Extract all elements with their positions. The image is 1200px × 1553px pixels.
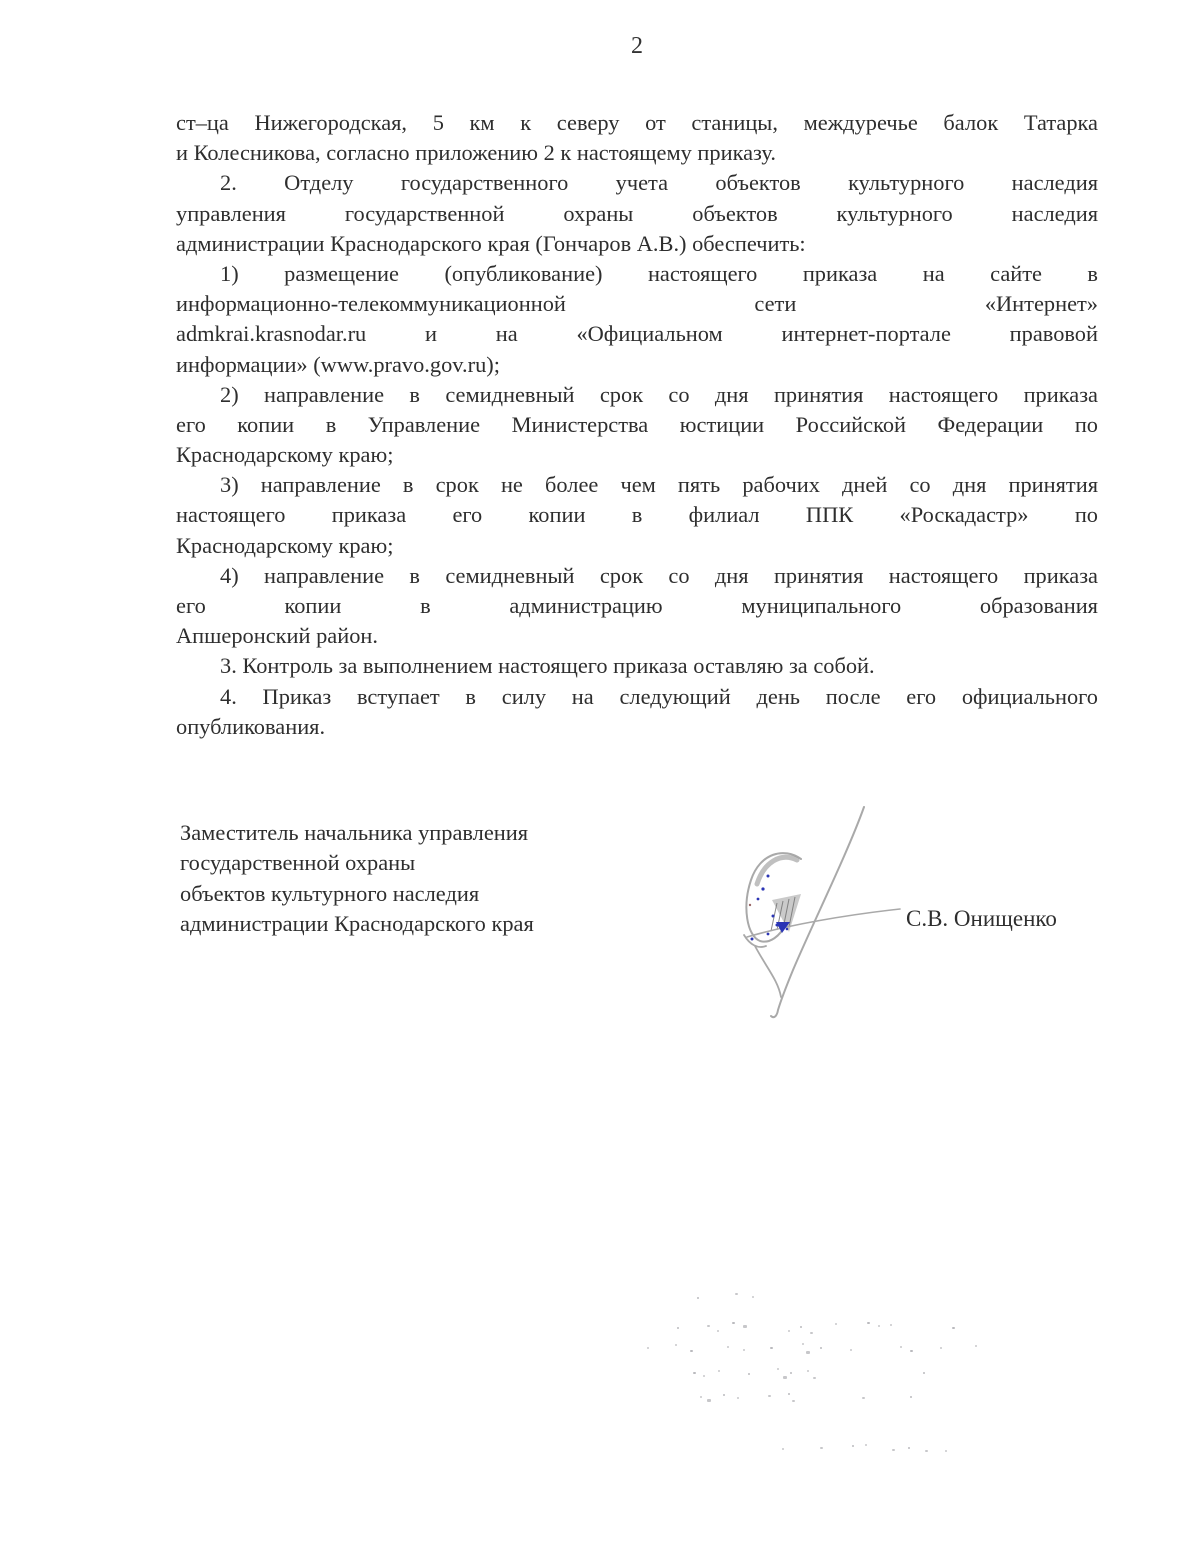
body-line: 2. Отделу государственного учета объекто… — [176, 168, 1098, 198]
stamp-dot — [806, 1351, 810, 1354]
stamp-dot — [865, 1444, 867, 1446]
stamp-dot — [737, 1397, 739, 1399]
body-line: Краснодарскому краю; — [176, 440, 1098, 470]
stamp-dot — [748, 1373, 750, 1375]
stamp-dot — [862, 1397, 865, 1399]
stamp-dot — [890, 1324, 892, 1326]
body-line: admkrai.krasnodar.ru и на «Официальном и… — [176, 319, 1098, 349]
stamp-dot — [743, 1349, 745, 1351]
stamp-dot — [790, 1372, 792, 1374]
signature-strokes — [744, 807, 900, 1017]
document-page: 2 ст–ца Нижегородская, 5 км к северу от … — [0, 0, 1200, 1553]
signer-name: С.В. Онищенко — [906, 906, 1057, 932]
stamp-dot — [677, 1327, 679, 1329]
body-line: информации» (www.pravo.gov.ru); — [176, 350, 1098, 380]
body-line: управления государственной охраны объект… — [176, 199, 1098, 229]
body-line: и Колесникова, согласно приложению 2 к н… — [176, 138, 1098, 168]
stamp-dot — [707, 1325, 710, 1327]
body-line: Краснодарскому краю; — [176, 531, 1098, 561]
stamp-dot — [788, 1393, 790, 1395]
stamp-dot — [925, 1450, 928, 1452]
stamp-dot — [835, 1323, 837, 1325]
stamp-dot — [850, 1349, 852, 1351]
stamp-dot — [792, 1400, 795, 1402]
signature-red-speck — [749, 904, 751, 906]
document-body: ст–ца Нижегородская, 5 км к северу от ст… — [176, 108, 1098, 742]
body-line: информационно-телекоммуникационной сети … — [176, 289, 1098, 319]
stamp-dot — [813, 1377, 816, 1379]
stamp-dot — [908, 1447, 910, 1449]
body-line: 4) направление в семидневный срок со дня… — [176, 561, 1098, 591]
signature-title-block: Заместитель начальника управлениягосудар… — [180, 818, 740, 940]
stamp-dot — [717, 1330, 719, 1332]
stamp-dot — [820, 1347, 822, 1349]
stamp-dot — [752, 1296, 754, 1298]
signature-title-line: объектов культурного наследия — [180, 879, 740, 909]
signature-title-line: администрации Краснодарского края — [180, 909, 740, 939]
stamp-dot — [800, 1326, 802, 1328]
stamp-dot — [727, 1346, 729, 1348]
body-line: 3) направление в срок не более чем пять … — [176, 470, 1098, 500]
stamp-dot — [723, 1394, 725, 1396]
stamp-dot — [802, 1343, 804, 1345]
stamp-dot — [782, 1448, 784, 1450]
body-line: Апшеронский район. — [176, 621, 1098, 651]
body-line: 1) размещение (опубликование) настоящего… — [176, 259, 1098, 289]
body-line: 4. Приказ вступает в силу на следующий д… — [176, 682, 1098, 712]
stamp-dot — [910, 1396, 912, 1398]
stamp-dot — [703, 1375, 705, 1377]
stamp-dot — [878, 1325, 880, 1327]
body-line: его копии в администрацию муниципального… — [176, 591, 1098, 621]
stamp-dot — [697, 1297, 699, 1299]
stamp-dot — [707, 1399, 711, 1402]
stamp-dot — [700, 1396, 702, 1398]
stamp-dot — [675, 1344, 677, 1346]
body-line: его копии в Управление Министерства юсти… — [176, 410, 1098, 440]
stamp-dot — [952, 1327, 955, 1329]
stamp-dot — [892, 1449, 895, 1451]
stamp-dot — [820, 1447, 823, 1449]
stamp-dot — [975, 1345, 977, 1347]
stamp-dot — [867, 1322, 870, 1324]
body-line: опубликования. — [176, 712, 1098, 742]
stamp-dot — [945, 1450, 947, 1452]
stamp-dot — [788, 1330, 790, 1332]
signature-title-line: государственной охраны — [180, 848, 740, 878]
stamp-dot — [900, 1346, 902, 1348]
stamp-dot — [777, 1368, 779, 1370]
stamp-dot — [718, 1370, 720, 1372]
stamp-dot — [910, 1350, 913, 1352]
stamp-dot — [940, 1347, 942, 1349]
stamp-dot — [783, 1376, 787, 1379]
signature-title-line: Заместитель начальника управления — [180, 818, 740, 848]
stamp-dot — [693, 1372, 696, 1374]
stamp-dot — [768, 1395, 771, 1397]
stamp-dot — [732, 1322, 735, 1324]
stamp-dot — [647, 1347, 649, 1349]
body-line: 2) направление в семидневный срок со дня… — [176, 380, 1098, 410]
stamp-dot — [810, 1332, 813, 1334]
stamp-dot — [690, 1350, 693, 1352]
stamp-dot — [735, 1293, 738, 1295]
stamp-dot — [743, 1325, 747, 1328]
stamp-dot — [770, 1347, 773, 1349]
stamp-dot — [807, 1370, 809, 1372]
stamp-dot — [852, 1445, 854, 1447]
body-line: настоящего приказа его копии в филиал ПП… — [176, 500, 1098, 530]
stamp-dot — [923, 1372, 925, 1374]
handwritten-signature — [735, 795, 925, 1030]
body-line: 3. Контроль за выполнением настоящего пр… — [176, 651, 1098, 681]
body-line: ст–ца Нижегородская, 5 км к северу от ст… — [176, 108, 1098, 138]
body-line: администрации Краснодарского края (Гонча… — [176, 229, 1098, 259]
page-number: 2 — [176, 33, 1098, 60]
